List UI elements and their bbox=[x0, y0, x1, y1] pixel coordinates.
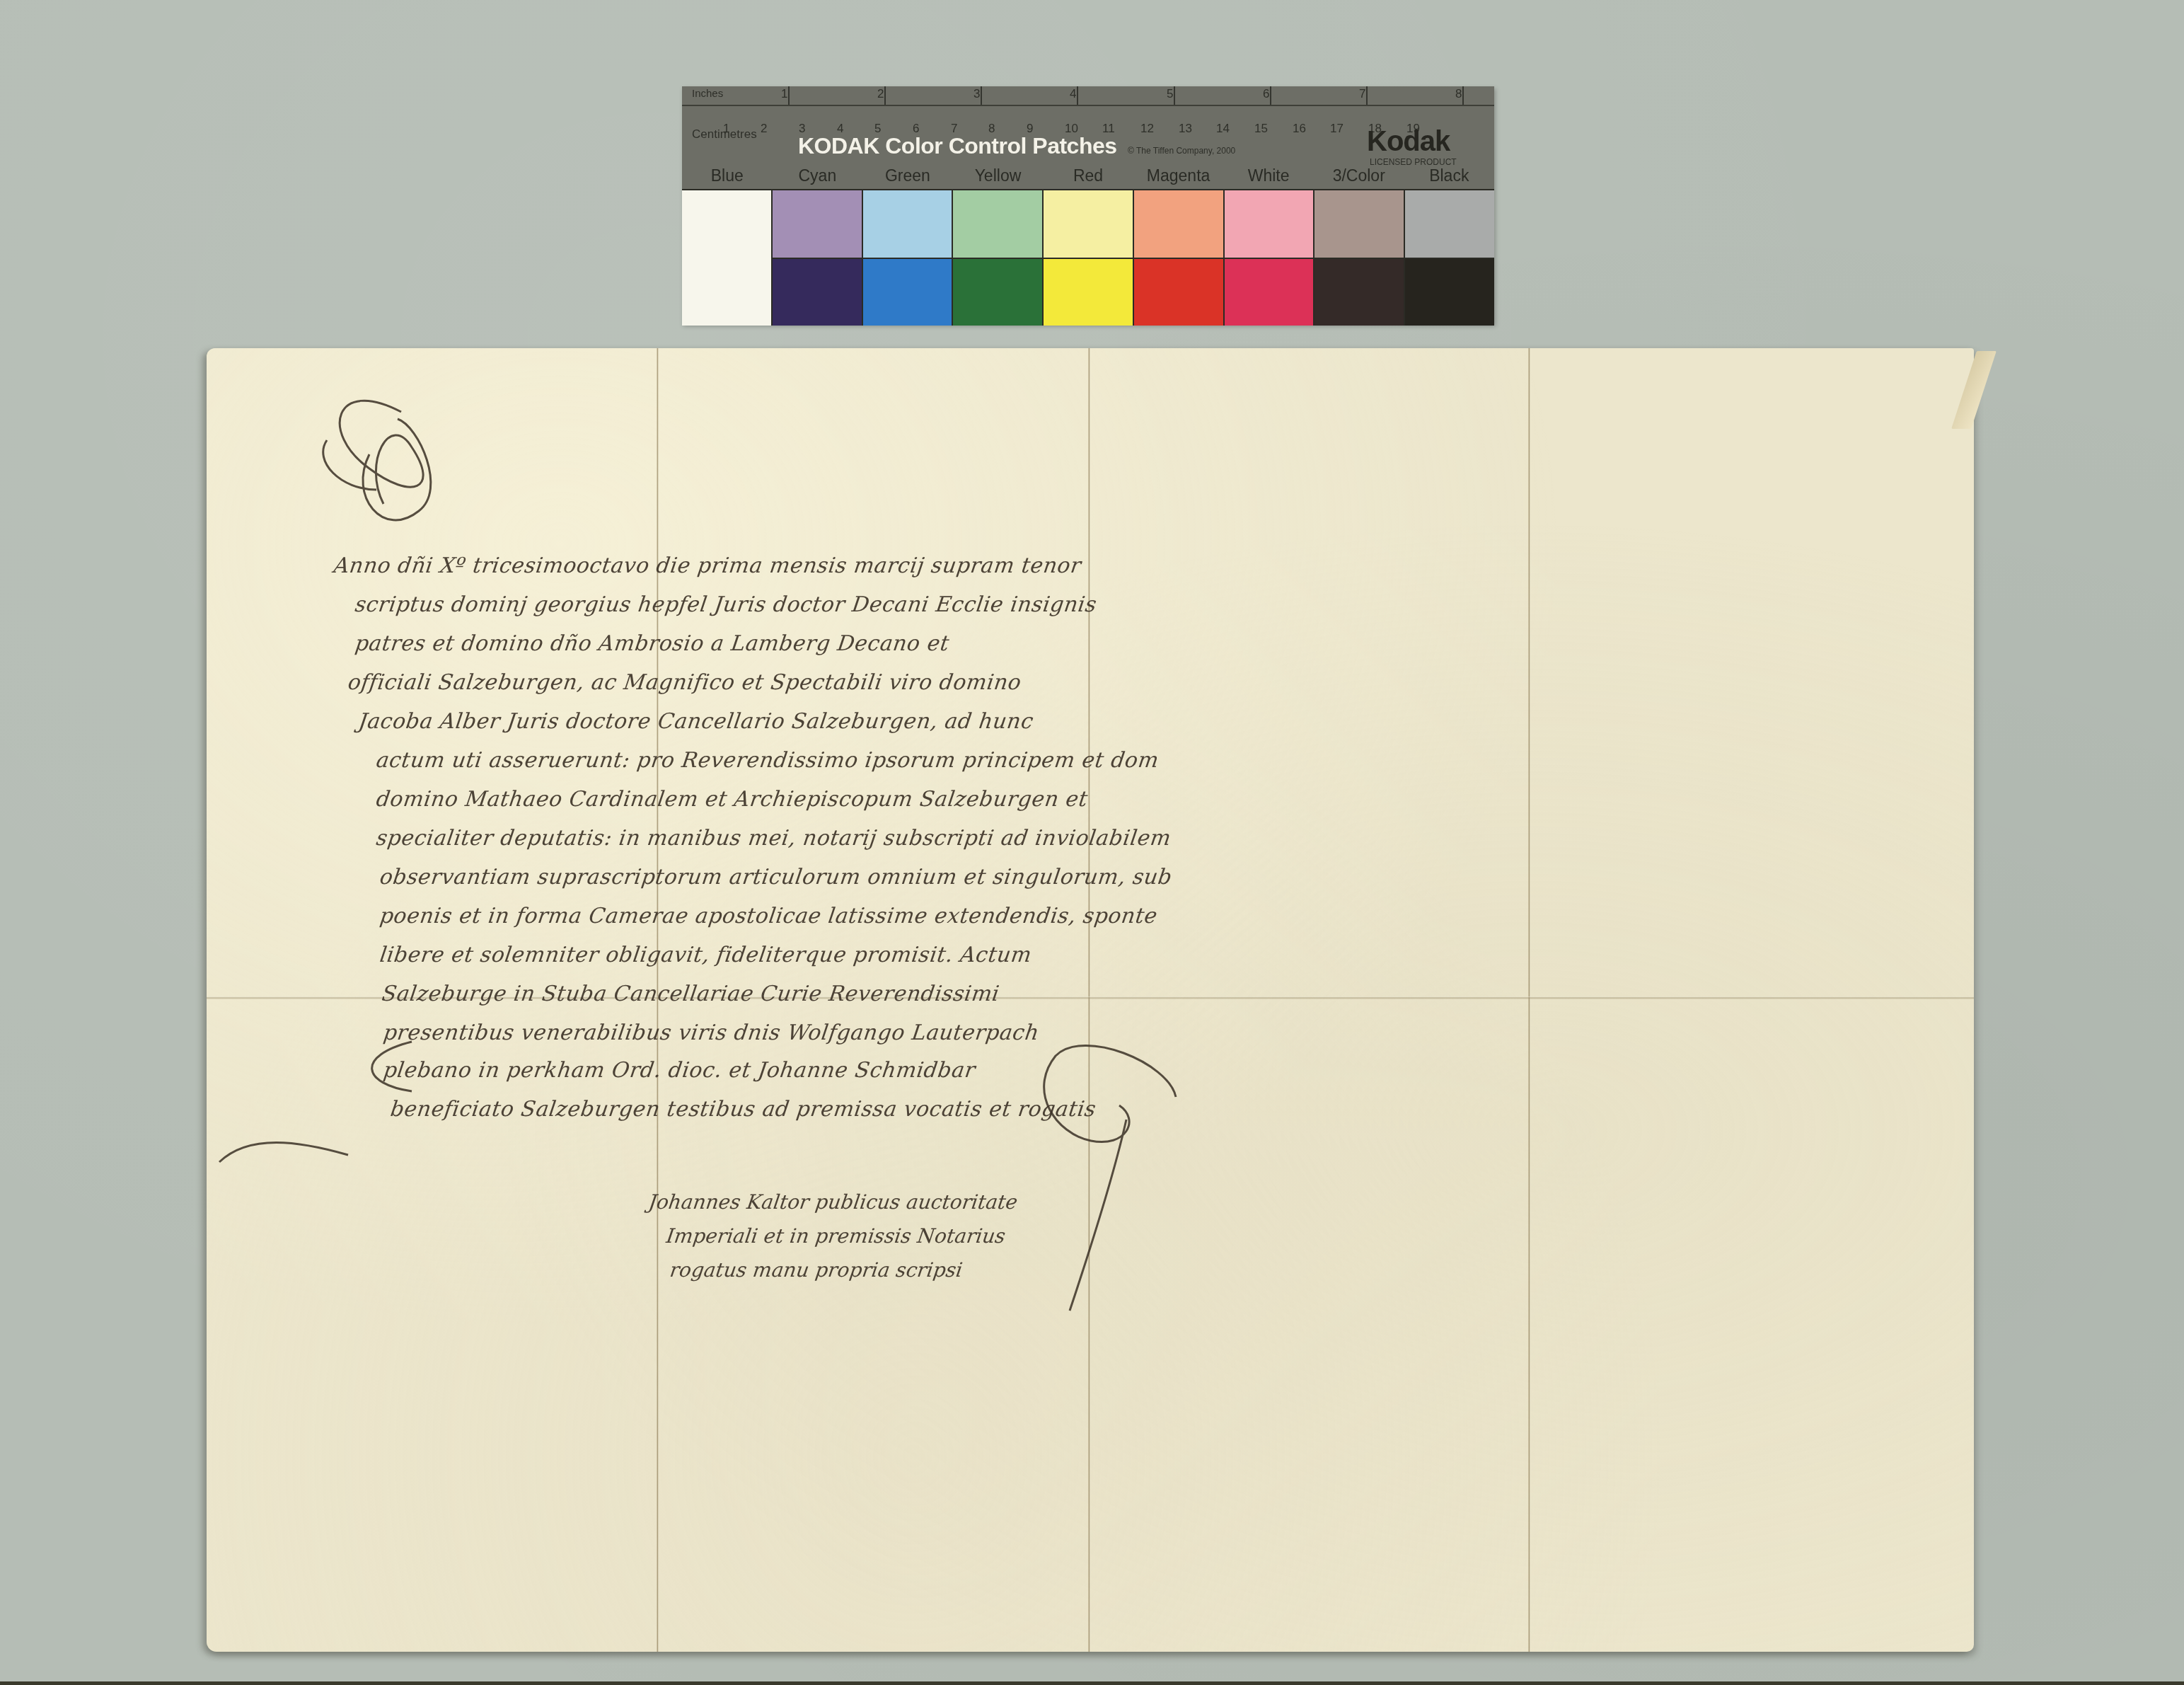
patch-label-black: Black bbox=[1404, 166, 1495, 186]
cm-mark: 12 bbox=[1140, 122, 1154, 136]
patch-label-cyan: Cyan bbox=[773, 166, 863, 186]
kodak-color-control-strip: Inches 1 2 3 4 5 6 7 8 1 2 3 4 5 6 7 8 9… bbox=[682, 86, 1494, 324]
inch-mark: 1 bbox=[781, 87, 787, 101]
patch-3color-light bbox=[1315, 190, 1404, 258]
manuscript-line: libere et solemniter obligavit, fidelite… bbox=[379, 943, 1034, 967]
inch-mark: 2 bbox=[877, 87, 884, 101]
manuscript-line: beneficiato Salzeburgen testibus ad prem… bbox=[389, 1097, 1098, 1122]
manuscript-line: actum uti asseruerunt: pro Reverendissim… bbox=[375, 748, 1161, 773]
patch-labels: Blue Cyan Green Yellow Red Magenta White… bbox=[682, 166, 1494, 186]
manuscript-line: presentibus venerabilibus viris dnis Wol… bbox=[382, 1020, 1041, 1045]
patch-black-light bbox=[1405, 190, 1494, 258]
patch-black-dark bbox=[1405, 259, 1494, 326]
manuscript-line: officiali Salzeburgen, ac Magnifico et S… bbox=[347, 670, 1023, 695]
patch-red-dark bbox=[1134, 259, 1223, 326]
cm-mark: 16 bbox=[1293, 122, 1306, 136]
inch-mark: 4 bbox=[1070, 87, 1076, 101]
cm-mark: 13 bbox=[1179, 122, 1192, 136]
cm-mark: 15 bbox=[1254, 122, 1268, 136]
licensed-product-label: LICENSED PRODUCT bbox=[1370, 157, 1457, 167]
manuscript-line: domino Mathaeo Cardinalem et Archiepisco… bbox=[375, 787, 1090, 812]
copyright-notice: © The Tiffen Company, 2000 bbox=[1128, 146, 1235, 156]
scanner-edge-band bbox=[0, 1681, 2184, 1685]
patch-label-red: Red bbox=[1043, 166, 1133, 186]
patch-yellow-dark bbox=[1044, 259, 1133, 326]
color-patches-grid bbox=[682, 189, 1494, 326]
patch-label-white: White bbox=[1223, 166, 1314, 186]
handwritten-text-block: Anno dñi Xº tricesimooctavo die prima me… bbox=[207, 348, 1974, 1652]
inch-tick bbox=[788, 86, 790, 105]
inch-mark: 5 bbox=[1167, 87, 1173, 101]
manuscript-line: scriptus dominj georgius hepfel Juris do… bbox=[354, 592, 1099, 617]
manuscript-line: Jacoba Alber Juris doctore Cancellario S… bbox=[357, 709, 1035, 734]
cm-mark: 2 bbox=[761, 122, 767, 136]
manuscript-line: specialiter deputatis: in manibus mei, n… bbox=[375, 826, 1173, 851]
cm-mark: 14 bbox=[1216, 122, 1230, 136]
notary-signature-line: Imperiali et in premissis Notarius bbox=[665, 1224, 1007, 1248]
patch-3color-dark bbox=[1315, 259, 1404, 326]
manuscript-line: patres et domino dño Ambrosio a Lamberg … bbox=[354, 631, 952, 656]
patch-white bbox=[682, 190, 771, 326]
patch-label-blue: Blue bbox=[682, 166, 773, 186]
inch-tick bbox=[1270, 86, 1271, 105]
inch-tick bbox=[1174, 86, 1175, 105]
cm-mark: 17 bbox=[1330, 122, 1344, 136]
notary-signature-line: Johannes Kaltor publicus auctoritate bbox=[647, 1190, 1019, 1214]
inch-mark: 3 bbox=[973, 87, 980, 101]
patch-green-light bbox=[953, 190, 1042, 258]
inches-label: Inches bbox=[692, 88, 723, 100]
patch-magenta-dark bbox=[1225, 259, 1314, 326]
manuscript-line: poenis et in forma Camerae apostolicae l… bbox=[379, 904, 1160, 928]
inch-tick bbox=[1366, 86, 1368, 105]
centimetres-label: Centimetres bbox=[692, 127, 757, 142]
notary-signature-line: rogatus manu propria scripsi bbox=[669, 1258, 964, 1282]
manuscript-line: Salzeburge in Stuba Cancellariae Curie R… bbox=[381, 982, 1001, 1006]
manuscript-line: plebano in perkham Ord. dioc. et Johanne… bbox=[382, 1058, 977, 1083]
patch-label-3color: 3/Color bbox=[1314, 166, 1404, 186]
inch-tick bbox=[1077, 86, 1078, 105]
patch-yellow-light bbox=[1044, 190, 1133, 258]
inch-ruler: Inches 1 2 3 4 5 6 7 8 bbox=[682, 86, 1494, 106]
manuscript-line: observantiam suprascriptorum articulorum… bbox=[379, 865, 1174, 890]
patch-magenta-light bbox=[1225, 190, 1314, 258]
patch-label-magenta: Magenta bbox=[1133, 166, 1224, 186]
manuscript-line: Anno dñi Xº tricesimooctavo die prima me… bbox=[333, 553, 1083, 578]
patch-cyan-light bbox=[863, 190, 952, 258]
inch-tick bbox=[884, 86, 886, 105]
inch-mark: 8 bbox=[1455, 87, 1462, 101]
patch-blue-dark bbox=[773, 259, 862, 326]
patch-red-light bbox=[1134, 190, 1223, 258]
inch-tick bbox=[981, 86, 982, 105]
patch-label-green: Green bbox=[862, 166, 953, 186]
kodak-logo: Kodak bbox=[1367, 126, 1450, 158]
inch-mark: 6 bbox=[1263, 87, 1269, 101]
patch-label-yellow: Yellow bbox=[953, 166, 1044, 186]
patch-cyan-dark bbox=[863, 259, 952, 326]
inch-tick bbox=[1462, 86, 1464, 105]
kodak-title: KODAK Color Control Patches bbox=[798, 133, 1117, 159]
manuscript-sheet: Anno dñi Xº tricesimooctavo die prima me… bbox=[207, 348, 1974, 1652]
patch-green-dark bbox=[953, 259, 1042, 326]
patch-blue-light bbox=[773, 190, 862, 258]
inch-mark: 7 bbox=[1359, 87, 1365, 101]
